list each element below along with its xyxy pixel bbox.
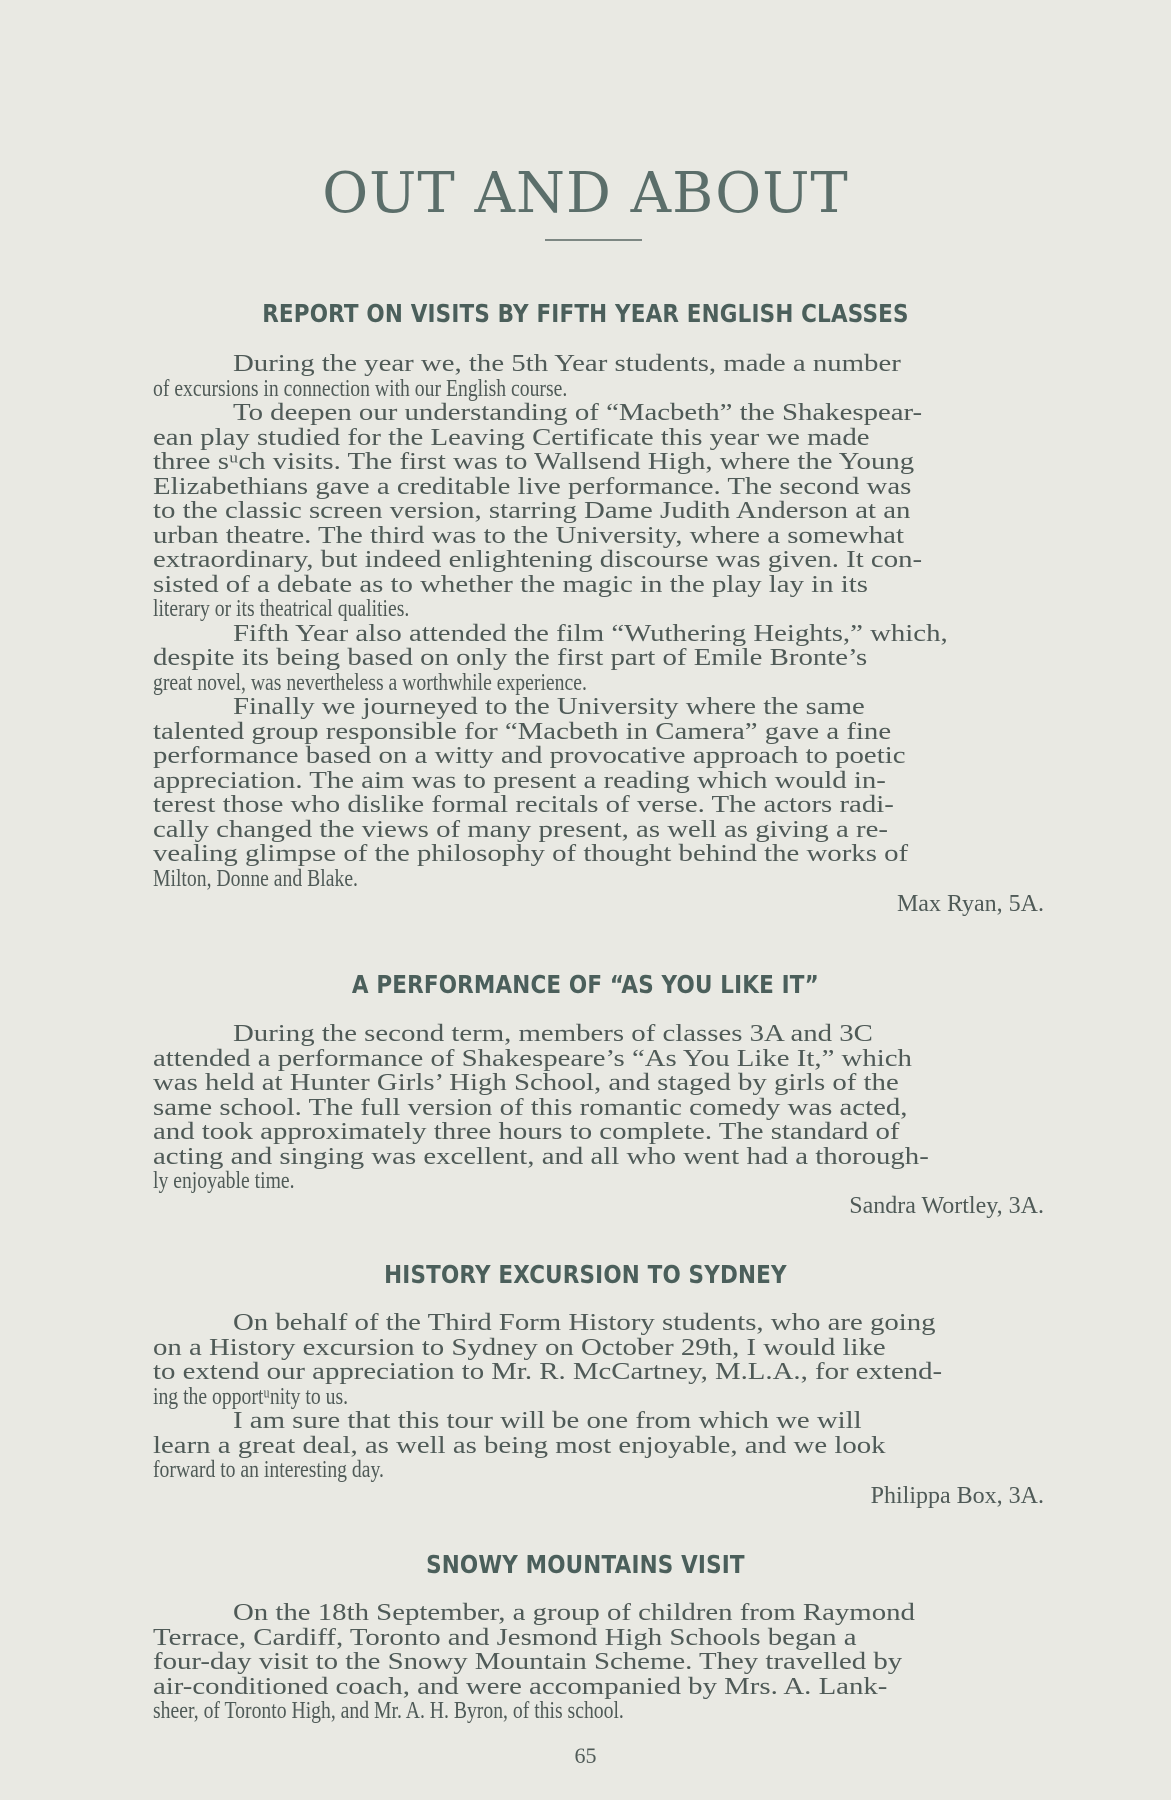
text-line-content: three sᵘch visits. The first was to Wall… (153, 450, 914, 475)
text-line-content: of excursions in connection with our Eng… (153, 377, 567, 402)
text-line: cally changed the views of many present,… (153, 818, 1044, 843)
page-title: OUT AND ABOUT (0, 166, 1171, 222)
text-line-content: air-conditioned coach, and were accompan… (153, 1675, 887, 1700)
text-line-content: sheer, of Toronto High, and Mr. A. H. By… (153, 1699, 624, 1724)
section-body-history-excursion: On behalf of the Third Form History stud… (153, 1311, 1044, 1483)
text-line: On the 18th September, a group of childr… (153, 1601, 1044, 1626)
text-line: sheer, of Toronto High, and Mr. A. H. By… (153, 1699, 1044, 1724)
text-line: great novel, was nevertheless a worthwhi… (153, 671, 1044, 696)
section-body-snowy-mountains: On the 18th September, a group of childr… (153, 1601, 1044, 1724)
text-line: learn a great deal, as well as being mos… (153, 1434, 1044, 1459)
text-line: despite its being based on only the firs… (153, 646, 1044, 671)
text-line-content: performance based on a witty and provoca… (153, 744, 906, 769)
text-line: During the year we, the 5th Year student… (153, 352, 1044, 377)
text-line-content: On the 18th September, a group of childr… (233, 1601, 915, 1626)
text-line-content: extraordinary, but indeed enlightening d… (153, 548, 922, 573)
signature-max-ryan: Max Ryan, 5A. (897, 892, 1044, 917)
text-line: To deepen our understanding of “Macbeth”… (153, 401, 1044, 426)
text-line-content: urban theatre. The third was to the Univ… (153, 524, 904, 549)
text-line: urban theatre. The third was to the Univ… (153, 524, 1044, 549)
text-line-content: to the classic screen version, starring … (153, 499, 910, 524)
section-body-as-you-like-it: During the second term, members of class… (153, 1022, 1044, 1194)
text-line-content: appreciation. The aim was to present a r… (153, 769, 886, 794)
text-line-content: Terrace, Cardiff, Toronto and Jesmond Hi… (153, 1626, 857, 1651)
text-line-content: ean play studied for the Leaving Certifi… (153, 426, 870, 451)
text-line-content: On behalf of the Third Form History stud… (233, 1311, 936, 1336)
text-line: Terrace, Cardiff, Toronto and Jesmond Hi… (153, 1626, 1044, 1651)
text-line: acting and singing was excellent, and al… (153, 1145, 1044, 1170)
text-line: literary or its theatrical qualities. (153, 597, 1044, 622)
text-line: ean play studied for the Leaving Certifi… (153, 426, 1044, 451)
text-line: to the classic screen version, starring … (153, 499, 1044, 524)
text-line-content: Milton, Donne and Blake. (153, 867, 358, 892)
section-heading-snowy-mountains: SNOWY MOUNTAINS VISIT (82, 1552, 1089, 1577)
text-line: was held at Hunter Girls’ High School, a… (153, 1071, 1044, 1096)
text-line-content: ly enjoyable time. (153, 1169, 295, 1194)
text-line-content: acting and singing was excellent, and al… (153, 1145, 929, 1170)
text-line: Elizabethians gave a creditable live per… (153, 475, 1044, 500)
text-line-content: To deepen our understanding of “Macbeth”… (233, 401, 922, 426)
text-line-content: During the year we, the 5th Year student… (233, 352, 901, 377)
text-line: On behalf of the Third Form History stud… (153, 1311, 1044, 1336)
text-line-content: to extend our appreciation to Mr. R. McC… (153, 1360, 942, 1385)
section-body-report-on-visits: During the year we, the 5th Year student… (153, 352, 1044, 891)
text-line: extraordinary, but indeed enlightening d… (153, 548, 1044, 573)
text-line: Finally we journeyed to the University w… (153, 695, 1044, 720)
text-line-content: I am sure that this tour will be one fro… (233, 1409, 862, 1434)
text-line-content: four-day visit to the Snowy Mountain Sch… (153, 1650, 902, 1675)
text-line-content: was held at Hunter Girls’ High School, a… (153, 1071, 899, 1096)
text-line: of excursions in connection with our Eng… (153, 377, 1044, 402)
text-line-content: terest those who dislike formal recitals… (153, 793, 894, 818)
text-line: appreciation. The aim was to present a r… (153, 769, 1044, 794)
text-line: performance based on a witty and provoca… (153, 744, 1044, 769)
text-line: four-day visit to the Snowy Mountain Sch… (153, 1650, 1044, 1675)
page-number: 65 (0, 1745, 1171, 1767)
text-line-content: attended a performance of Shakespeare’s … (153, 1047, 912, 1072)
text-line: forward to an interesting day. (153, 1458, 1044, 1483)
text-line: vealing glimpse of the philosophy of tho… (153, 842, 1044, 867)
title-divider (545, 239, 642, 241)
section-heading-history-excursion: HISTORY EXCURSION TO SYDNEY (82, 1262, 1089, 1287)
text-line-content: ing the opportᵘnity to us. (153, 1385, 348, 1410)
text-line: ing the opportᵘnity to us. (153, 1385, 1044, 1410)
text-line: same school. The full version of this ro… (153, 1096, 1044, 1121)
text-line: During the second term, members of class… (153, 1022, 1044, 1047)
text-line: Fifth Year also attended the film “Wuthe… (153, 622, 1044, 647)
section-heading-report-on-visits: REPORT ON VISITS BY FIFTH YEAR ENGLISH C… (82, 301, 1089, 326)
text-line: terest those who dislike formal recitals… (153, 793, 1044, 818)
text-line-content: Fifth Year also attended the film “Wuthe… (233, 622, 948, 647)
text-line: I am sure that this tour will be one fro… (153, 1409, 1044, 1434)
text-line-content: talented group responsible for “Macbeth … (153, 720, 891, 745)
text-line: on a History excursion to Sydney on Octo… (153, 1336, 1044, 1361)
text-line-content: despite its being based on only the firs… (153, 646, 867, 671)
text-line-content: vealing glimpse of the philosophy of tho… (153, 842, 908, 867)
text-line: sisted of a debate as to whether the mag… (153, 573, 1044, 598)
text-line-content: forward to an interesting day. (153, 1458, 384, 1483)
text-line: to extend our appreciation to Mr. R. McC… (153, 1360, 1044, 1385)
text-line: three sᵘch visits. The first was to Wall… (153, 450, 1044, 475)
signature-philippa-box: Philippa Box, 3A. (871, 1484, 1044, 1509)
text-line-content: Finally we journeyed to the University w… (233, 695, 865, 720)
text-line-content: sisted of a debate as to whether the mag… (153, 573, 868, 598)
section-heading-as-you-like-it: A PERFORMANCE OF “AS YOU LIKE IT” (82, 972, 1089, 997)
signature-sandra-wortley: Sandra Wortley, 3A. (849, 1194, 1044, 1219)
text-line: talented group responsible for “Macbeth … (153, 720, 1044, 745)
text-line-content: great novel, was nevertheless a worthwhi… (153, 671, 587, 696)
text-line: air-conditioned coach, and were accompan… (153, 1675, 1044, 1700)
text-line: attended a performance of Shakespeare’s … (153, 1047, 1044, 1072)
text-line-content: learn a great deal, as well as being mos… (153, 1434, 886, 1459)
text-line: Milton, Donne and Blake. (153, 867, 1044, 892)
text-line-content: During the second term, members of class… (233, 1022, 873, 1047)
text-line-content: literary or its theatrical qualities. (153, 597, 409, 622)
text-line-content: same school. The full version of this ro… (153, 1096, 907, 1121)
text-line-content: Elizabethians gave a creditable live per… (153, 475, 911, 500)
document-page: OUT AND ABOUT REPORT ON VISITS BY FIFTH … (0, 0, 1171, 1800)
text-line-content: and took approximately three hours to co… (153, 1120, 899, 1145)
text-line-content: on a History excursion to Sydney on Octo… (153, 1336, 886, 1361)
text-line: ly enjoyable time. (153, 1169, 1044, 1194)
text-line: and took approximately three hours to co… (153, 1120, 1044, 1145)
text-line-content: cally changed the views of many present,… (153, 818, 888, 843)
